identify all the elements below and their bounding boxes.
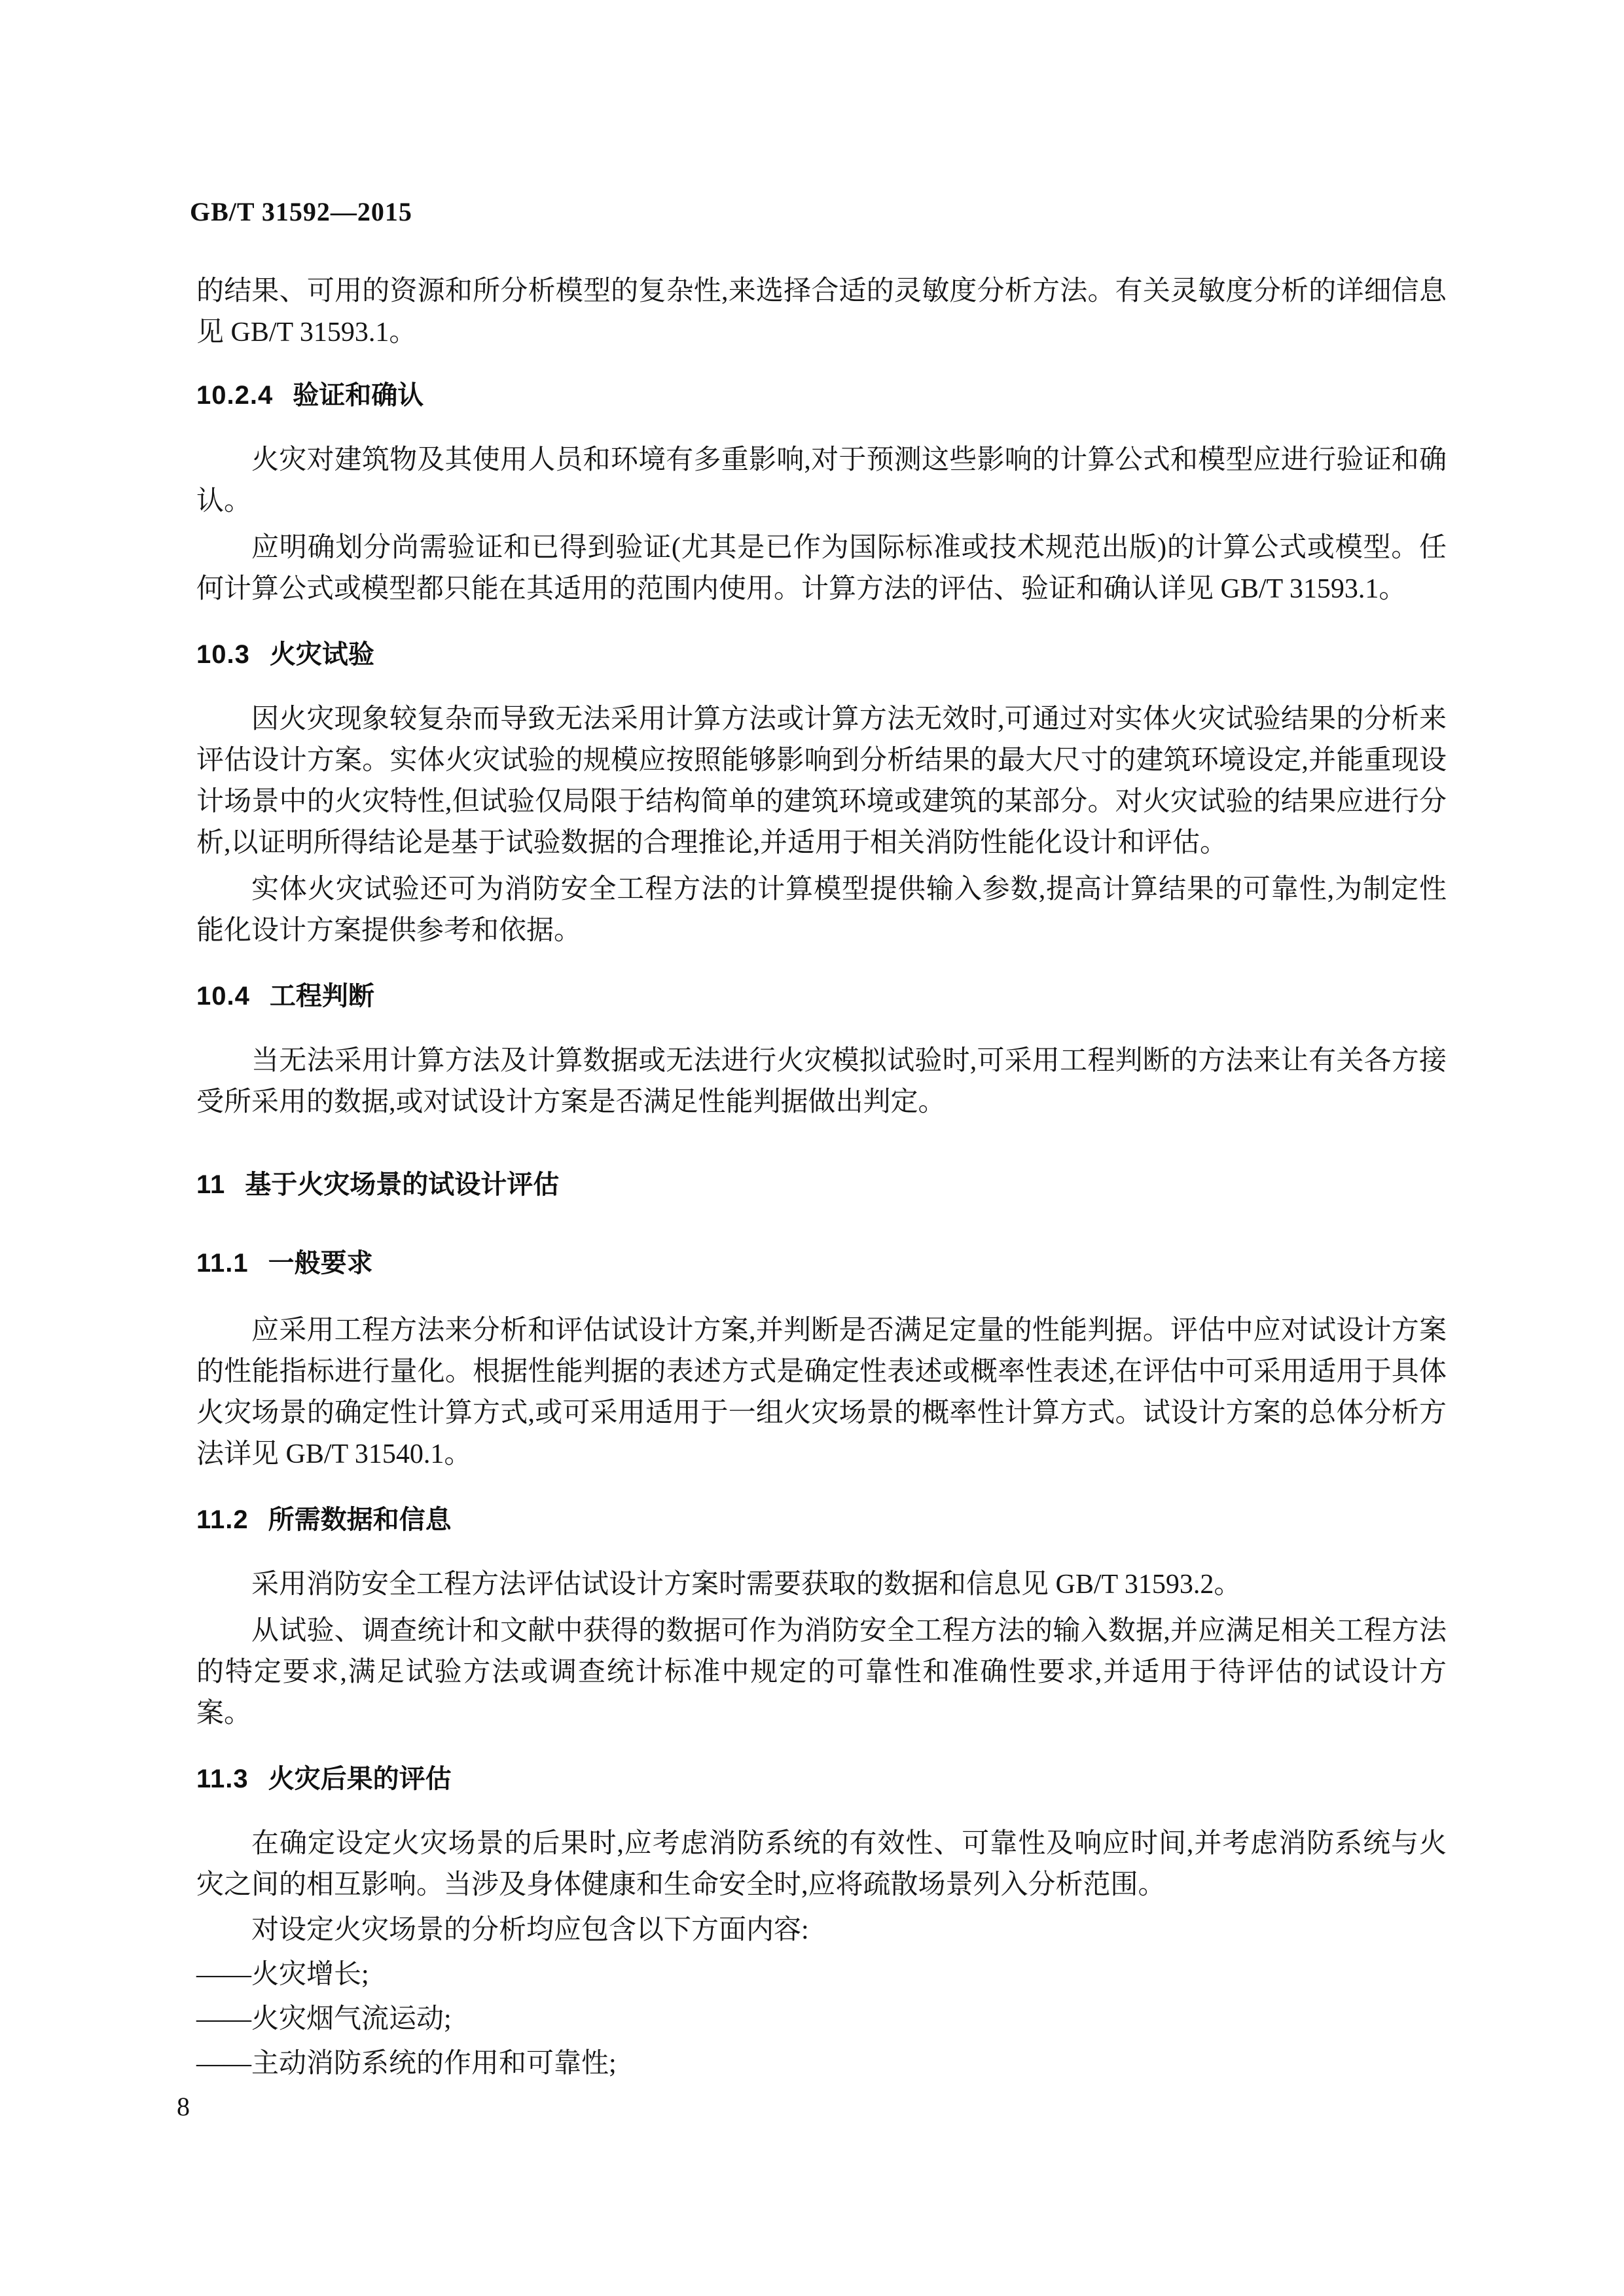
section-number: 10.2.4 <box>196 381 273 410</box>
section-number: 10.4 <box>196 982 250 1011</box>
page-number: 8 <box>177 2091 1447 2123</box>
section-number: 11.1 <box>196 1249 249 1278</box>
list-item: ——火灾增长; <box>196 1954 1447 1996</box>
chapter-heading-11: 11基于火灾场景的试设计评估 <box>196 1169 1447 1200</box>
paragraph: 因火灾现象较复杂而导致无法采用计算方法或计算方法无效时,可通过对实体火灾试验结果… <box>196 699 1447 864</box>
paragraph: 应采用工程方法来分析和评估试设计方案,并判断是否满足定量的性能判据。评估中应对试… <box>196 1310 1447 1475</box>
section-number: 11.2 <box>196 1505 249 1534</box>
section-number: 11.3 <box>196 1765 249 1793</box>
paragraph: 对设定火灾场景的分析均应包含以下方面内容: <box>196 1910 1447 1951</box>
section-title: 所需数据和信息 <box>268 1505 452 1534</box>
paragraph-continuation: 的结果、可用的资源和所分析模型的复杂性,来选择合适的灵敏度分析方法。有关灵敏度分… <box>196 271 1447 353</box>
section-heading-11.1: 11.1一般要求 <box>196 1247 1447 1279</box>
page-content: GB/T 31592—2015 的结果、可用的资源和所分析模型的复杂性,来选择合… <box>196 0 1447 2123</box>
section-title: 工程判断 <box>270 982 374 1011</box>
chapter-title: 基于火灾场景的试设计评估 <box>245 1170 559 1199</box>
section-title: 火灾试验 <box>270 640 374 669</box>
paragraph: 采用消防安全工程方法评估试设计方案时需要获取的数据和信息见 GB/T 31593… <box>196 1564 1447 1605</box>
paragraph: 当无法采用计算方法及计算数据或无法进行火灾模拟试验时,可采用工程判断的方法来让有… <box>196 1041 1447 1123</box>
section-heading-11.2: 11.2所需数据和信息 <box>196 1504 1447 1535</box>
list-item: ——火灾烟气流运动; <box>196 1999 1447 2040</box>
list-item: ——主动消防系统的作用和可靠性; <box>196 2043 1447 2085</box>
paragraph: 火灾对建筑物及其使用人员和环境有多重影响,对于预测这些影响的计算公式和模型应进行… <box>196 440 1447 522</box>
document-page: GB/T 31592—2015 的结果、可用的资源和所分析模型的复杂性,来选择合… <box>0 0 1624 2296</box>
section-title: 验证和确认 <box>293 381 424 410</box>
section-heading-10.2.4: 10.2.4验证和确认 <box>196 380 1447 411</box>
section-heading-11.3: 11.3火灾后果的评估 <box>196 1763 1447 1795</box>
standard-number: GB/T 31592—2015 <box>190 197 412 226</box>
section-heading-10.4: 10.4工程判断 <box>196 980 1447 1012</box>
section-number: 10.3 <box>196 640 250 669</box>
paragraph: 从试验、调查统计和文献中获得的数据可作为消防安全工程方法的输入数据,并应满足相关… <box>196 1611 1447 1734</box>
paragraph: 应明确划分尚需验证和已得到验证(尤其是已作为国际标准或技术规范出版)的计算公式或… <box>196 528 1447 610</box>
section-heading-10.3: 10.3火灾试验 <box>196 639 1447 670</box>
paragraph: 实体火灾试验还可为消防安全工程方法的计算模型提供输入参数,提高计算结果的可靠性,… <box>196 869 1447 952</box>
chapter-number: 11 <box>196 1170 225 1199</box>
section-title: 一般要求 <box>268 1249 373 1278</box>
paragraph: 在确定设定火灾场景的后果时,应考虑消防系统的有效性、可靠性及响应时间,并考虑消防… <box>196 1823 1447 1906</box>
section-title: 火灾后果的评估 <box>268 1765 452 1793</box>
running-head: GB/T 31592—2015 <box>190 196 1447 228</box>
